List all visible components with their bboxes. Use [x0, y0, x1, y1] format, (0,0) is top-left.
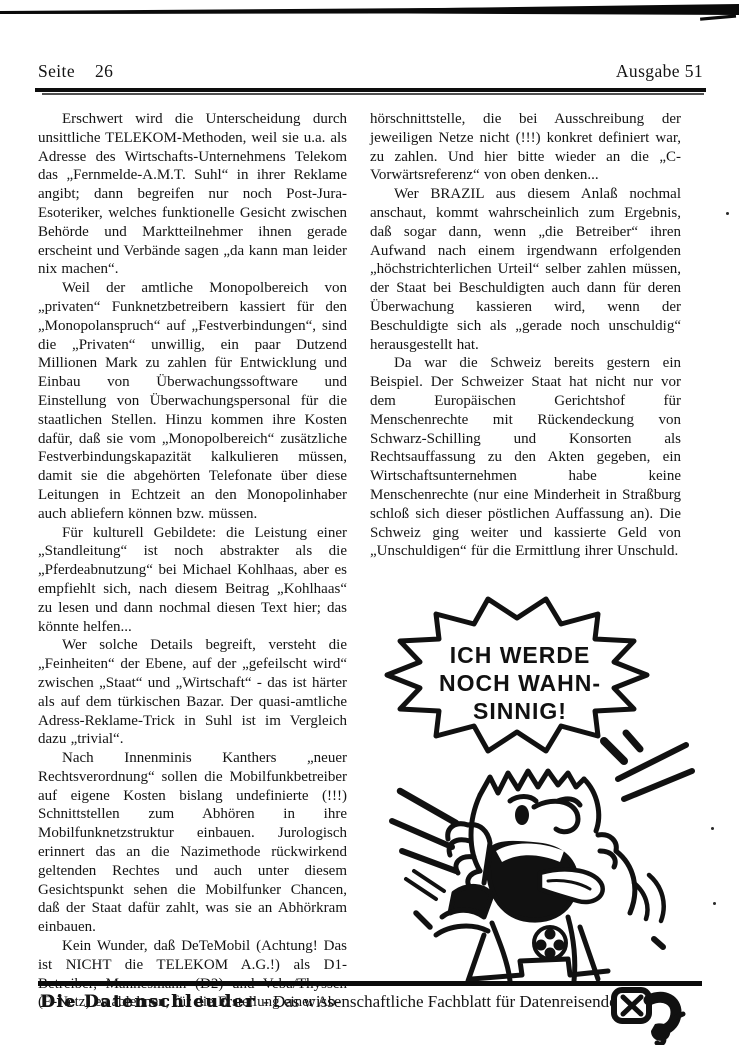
page-number-value: 26 — [95, 61, 113, 81]
speech-bubble-text: NOCH WAHN- — [439, 670, 601, 696]
page-label: Seite — [38, 61, 75, 81]
article-paragraph: Für kulturell Gebildete: die Leistung ei… — [38, 524, 347, 637]
page-footer: Die Datenschleuder-Das wissenschaftliche… — [40, 992, 600, 1012]
header-rule-shadow — [42, 93, 704, 95]
speech-bubble-text: ICH WERDE — [450, 642, 591, 668]
footer-tagline: Das wissenschaftliche Fachblatt für Date… — [273, 992, 617, 1011]
slingshot-logo-icon — [610, 983, 690, 1045]
footer-separator: - — [263, 992, 269, 1011]
footer-rule — [38, 981, 702, 986]
article-paragraph: Wer solche Details begreift, versteht di… — [38, 636, 347, 749]
article-paragraph: Weil der amtliche Monopolbereich von „pr… — [38, 279, 347, 523]
cartoon-figure: ICH WERDE NOCH WAHN- SINNIG! — [372, 583, 702, 988]
magazine-name: Die Datenschleuder — [40, 992, 255, 1012]
article-paragraph: hörschnittstelle, die bei Ausschreibung … — [370, 110, 681, 185]
speech-bubble-text: SINNIG! — [473, 698, 567, 724]
right-column: hörschnittstelle, die bei Ausschreibung … — [370, 110, 681, 561]
article-paragraph: Erschwert wird die Unterscheidung durch … — [38, 110, 347, 279]
article-paragraph: Da war die Schweiz bereits gestern ein B… — [370, 354, 681, 561]
magazine-page: Seite26 Ausgabe 51 Erschwert wird die Un… — [0, 0, 739, 1055]
scan-artifact-line — [0, 0, 739, 26]
crazy-man-cartoon: ICH WERDE NOCH WAHN- SINNIG! — [372, 583, 702, 988]
issue-number: Ausgabe 51 — [616, 61, 703, 82]
header-rule — [35, 88, 706, 92]
article-paragraph: Nach Innenminis Kanthers „neuer Rechtsve… — [38, 749, 347, 937]
article-paragraph: Wer BRAZIL aus diesem Anlaß nochmal ansc… — [370, 185, 681, 354]
scan-speck — [711, 827, 714, 830]
left-column: Erschwert wird die Unterscheidung durch … — [38, 110, 347, 1012]
crazy-man-drawing — [392, 733, 692, 981]
scan-speck — [713, 902, 716, 905]
page-number: Seite26 — [38, 61, 113, 82]
scan-speck — [726, 212, 729, 215]
page-header: Seite26 Ausgabe 51 — [38, 61, 703, 82]
